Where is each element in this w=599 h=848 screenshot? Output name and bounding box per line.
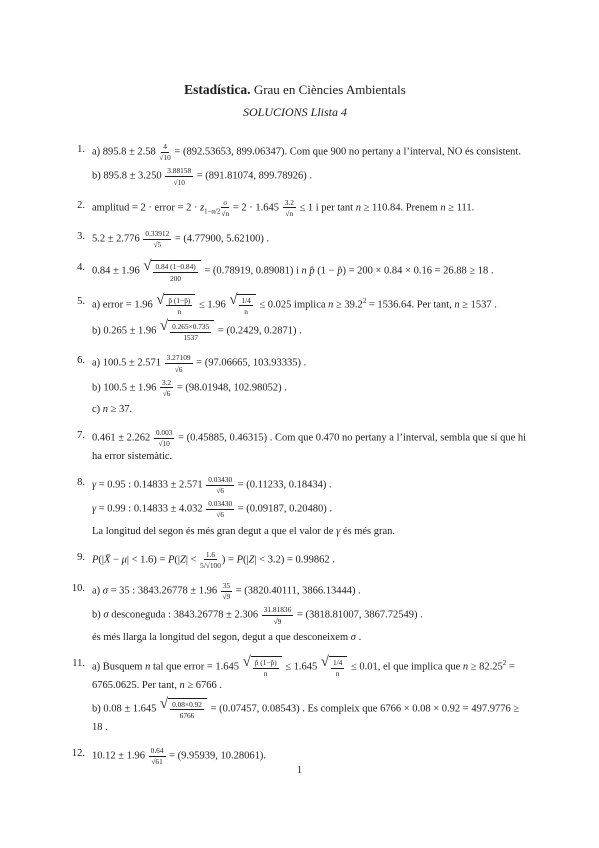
fraction-numerator: 31.81836 <box>262 605 294 616</box>
math-variable: p̂ <box>337 266 342 277</box>
fraction: 0.03430√6 <box>206 475 234 495</box>
item-body: P(|X̄ − μ| < 1.6) = P(|Z| < 1.65/√100) =… <box>92 550 527 570</box>
solutions-list: 1.a) 895.8 ± 2.58 4√10 = (892.53653, 899… <box>63 142 527 767</box>
fraction-denominator: √6 <box>216 510 224 520</box>
list-item: 5.a) error = 1.96 √p̂ (1−p̂)n ≤ 1.96 √1/… <box>63 294 527 343</box>
radical-sign: √ <box>156 293 164 308</box>
fraction-numerator: p̂ (1−p̂) <box>253 658 279 669</box>
radical-sign: √ <box>321 655 329 670</box>
fraction-numerator: 4 <box>161 142 169 153</box>
fraction-numerator: 1.6 <box>204 550 217 561</box>
item-paragraph: γ = 0.99 : 0.14833 ± 4.032 0.03430√6 = (… <box>92 499 527 519</box>
fraction-denominator: 1537 <box>183 333 198 343</box>
fraction-numerator: 0.84 (1−0.84) <box>153 262 197 273</box>
item-number: 10. <box>63 581 85 645</box>
fraction: 3.2√n <box>283 198 296 218</box>
fraction: 3.88158√10 <box>165 166 193 186</box>
item-number: 9. <box>63 550 85 570</box>
document-title: Estadística. Grau en Ciències Ambientals <box>63 82 527 98</box>
radicand: 1/4n <box>237 294 255 316</box>
radicand: 0.84 (1−0.84)200 <box>151 260 200 282</box>
math-variable: n <box>463 662 468 673</box>
fraction-denominator: 6766 <box>180 710 195 720</box>
item-number: 8. <box>63 475 85 539</box>
math-variable: n <box>356 202 361 213</box>
item-paragraph: a) Busquem n tal que error = 1.645 √p̂ (… <box>92 656 527 694</box>
fraction-denominator: √n <box>221 208 229 218</box>
item-number: 6. <box>63 353 85 417</box>
fraction-denominator: n <box>264 669 268 679</box>
item-number: 5. <box>63 294 85 343</box>
item-number: 1. <box>63 142 85 187</box>
fraction: 0.64√61 <box>149 746 166 766</box>
fraction-numerator: 1/4 <box>239 296 252 307</box>
item-paragraph: b) σ desconeguda : 3843.26778 ± 2.306 31… <box>92 605 527 625</box>
fraction-denominator: n <box>244 306 248 316</box>
fraction-numerator: 0.03430 <box>206 499 234 510</box>
fraction: 0.265×0.7351537 <box>170 322 211 342</box>
item-body: 0.84 ± 1.96 √0.84 (1−0.84)200 = (0.78919… <box>92 260 527 282</box>
item-paragraph: b) 0.08 ± 1.645 √0.08×0.926766 = (0.0745… <box>92 698 527 736</box>
list-item: 1.a) 895.8 ± 2.58 4√10 = (892.53653, 899… <box>63 142 527 187</box>
subscript: 1−α/2 <box>204 208 220 215</box>
math-variable: σ <box>103 586 108 597</box>
math-variable: n <box>302 266 307 277</box>
math-variable: p̂ <box>309 266 314 277</box>
fraction: 35√9 <box>221 581 232 601</box>
item-paragraph: a) 100.5 ± 2.571 3.27109√6 = (97.06665, … <box>92 353 527 373</box>
fraction: 0.33912√5 <box>143 229 171 249</box>
fraction-denominator: n <box>178 306 182 316</box>
math-variable: P <box>237 554 243 565</box>
item-paragraph: b) 0.265 ± 1.96 √0.265×0.7351537 = (0.24… <box>92 320 527 342</box>
item-paragraph: és més llarga la longitud del segon, deg… <box>92 630 527 645</box>
item-body: a) 100.5 ± 2.571 3.27109√6 = (97.06665, … <box>92 353 527 417</box>
fraction-denominator: √6 <box>216 486 224 496</box>
superscript: 2 <box>363 298 366 305</box>
item-paragraph: La longitud del segon és més gran degut … <box>92 524 527 539</box>
title-degree: Grau en Ciències Ambientals <box>251 82 406 97</box>
fraction: 1/4n <box>239 296 252 316</box>
item-number: 4. <box>63 260 85 282</box>
math-variable: n <box>103 404 108 415</box>
item-number: 11. <box>63 656 85 735</box>
item-paragraph: a) error = 1.96 √p̂ (1−p̂)n ≤ 1.96 √1/4n… <box>92 294 527 316</box>
list-item: 6.a) 100.5 ± 2.571 3.27109√6 = (97.06665… <box>63 353 527 417</box>
radical-sign: √ <box>160 319 168 334</box>
item-paragraph: b) 895.8 ± 3.250 3.88158√10 = (891.81074… <box>92 166 527 186</box>
item-paragraph: P(|X̄ − μ| < 1.6) = P(|Z| < 1.65/√100) =… <box>92 550 527 570</box>
item-number: 7. <box>63 428 85 464</box>
list-item: 2.amplitud = 2 · error = 2 · z1−α/2σ√n =… <box>63 198 527 218</box>
math-variable: σ <box>103 610 108 621</box>
item-body: a) 895.8 ± 2.58 4√10 = (892.53653, 899.0… <box>92 142 527 187</box>
fraction-numerator: 3.2 <box>283 198 296 209</box>
fraction-numerator: 3.88158 <box>165 166 193 177</box>
sqrt-expression: √1/4n <box>229 294 255 316</box>
fraction: 0.03430√6 <box>206 499 234 519</box>
item-paragraph: a) 895.8 ± 2.58 4√10 = (892.53653, 899.0… <box>92 142 527 162</box>
fraction-denominator: √6 <box>175 364 183 374</box>
radical-sign: √ <box>243 655 251 670</box>
item-paragraph: γ = 0.95 : 0.14833 ± 2.571 0.03430√6 = (… <box>92 475 527 495</box>
document-subtitle: SOLUCIONS Llista 4 <box>63 105 527 120</box>
list-item: 9.P(|X̄ − μ| < 1.6) = P(|Z| < 1.65/√100)… <box>63 550 527 570</box>
item-number: 3. <box>63 229 85 249</box>
fraction-numerator: 1/4 <box>331 658 344 669</box>
fraction-denominator: √10 <box>174 177 185 187</box>
fraction-numerator: 0.64 <box>149 746 166 757</box>
radicand: 0.265×0.7351537 <box>168 320 214 342</box>
radical-sign: √ <box>229 293 237 308</box>
fraction-numerator: 3.2 <box>160 378 173 389</box>
fraction-numerator: 0.33912 <box>143 229 171 240</box>
list-item: 10.a) σ = 35 : 3843.26778 ± 1.96 35√9 = … <box>63 581 527 645</box>
fraction: 0.84 (1−0.84)200 <box>153 262 197 282</box>
list-item: 4.0.84 ± 1.96 √0.84 (1−0.84)200 = (0.789… <box>63 260 527 282</box>
item-paragraph: 0.461 ± 2.262 0.003√10 = (0.45885, 0.463… <box>92 428 527 464</box>
math-variable: σ <box>351 632 356 643</box>
fraction-denominator: √10 <box>158 439 169 449</box>
math-variable: X̄ <box>104 554 110 565</box>
page-number: 1 <box>0 765 599 776</box>
fraction-denominator: √n <box>285 208 293 218</box>
fraction: σ√n <box>221 198 229 218</box>
math-variable: n <box>454 299 459 310</box>
fraction-numerator: 3.27109 <box>165 353 193 364</box>
fraction-numerator: 35 <box>221 581 232 592</box>
fraction-numerator: σ <box>221 198 229 209</box>
item-body: 5.2 ± 2.776 0.33912√5 = (4.77900, 5.6210… <box>92 229 527 249</box>
fraction-numerator: p̂ (1−p̂) <box>166 296 192 307</box>
math-variable: Z <box>180 554 186 565</box>
math-variable: P <box>168 554 174 565</box>
item-paragraph: c) n ≥ 37. <box>92 402 527 417</box>
radicand: p̂ (1−p̂)n <box>251 656 282 678</box>
list-item: 12.10.12 ± 1.96 0.64√61 = (9.95939, 10.2… <box>63 746 527 766</box>
radical-sign: √ <box>143 259 151 274</box>
item-number: 2. <box>63 198 85 218</box>
math-variable: n <box>180 680 185 691</box>
title-course: Estadística. <box>184 82 250 97</box>
fraction-denominator: √5 <box>153 240 161 250</box>
item-body: a) σ = 35 : 3843.26778 ± 1.96 35√9 = (38… <box>92 581 527 645</box>
fraction-denominator: n <box>336 669 340 679</box>
item-body: a) Busquem n tal que error = 1.645 √p̂ (… <box>92 656 527 735</box>
list-item: 7.0.461 ± 2.262 0.003√10 = (0.45885, 0.4… <box>63 428 527 464</box>
math-variable: n <box>440 202 445 213</box>
sqrt-expression: √0.265×0.7351537 <box>160 320 214 342</box>
superscript: 2 <box>503 660 506 667</box>
list-item: 8.γ = 0.95 : 0.14833 ± 2.571 0.03430√6 =… <box>63 475 527 539</box>
radical-sign: √ <box>160 697 168 712</box>
math-variable: μ <box>122 554 127 565</box>
sqrt-expression: √0.08×0.926766 <box>160 698 207 720</box>
fraction-denominator: √10 <box>159 153 170 163</box>
fraction: 1/4n <box>331 658 344 678</box>
item-body: γ = 0.95 : 0.14833 ± 2.571 0.03430√6 = (… <box>92 475 527 539</box>
item-paragraph: 10.12 ± 1.96 0.64√61 = (9.95939, 10.2806… <box>92 746 527 766</box>
fraction: p̂ (1−p̂)n <box>253 658 279 678</box>
radicand: 1/4n <box>329 656 347 678</box>
sqrt-expression: √p̂ (1−p̂)n <box>243 656 282 678</box>
fraction: p̂ (1−p̂)n <box>166 296 192 316</box>
item-paragraph: 5.2 ± 2.776 0.33912√5 = (4.77900, 5.6210… <box>92 229 527 249</box>
list-item: 11.a) Busquem n tal que error = 1.645 √p… <box>63 656 527 735</box>
radicand: 0.08×0.926766 <box>168 698 207 720</box>
item-body: 10.12 ± 1.96 0.64√61 = (9.95939, 10.2806… <box>92 746 527 766</box>
sqrt-expression: √p̂ (1−p̂)n <box>156 294 195 316</box>
item-body: 0.461 ± 2.262 0.003√10 = (0.45885, 0.463… <box>92 428 527 464</box>
math-variable: n <box>145 662 150 673</box>
fraction: 0.003√10 <box>154 428 175 448</box>
math-variable: P <box>92 554 98 565</box>
item-paragraph: b) 100.5 ± 1.96 3.2√6 = (98.01948, 102.9… <box>92 378 527 398</box>
fraction: 31.81836√9 <box>262 605 294 625</box>
math-variable: γ <box>92 479 96 490</box>
list-item: 3.5.2 ± 2.776 0.33912√5 = (4.77900, 5.62… <box>63 229 527 249</box>
math-variable: γ <box>336 526 340 537</box>
math-variable: n <box>328 299 333 310</box>
fraction: 0.08×0.926766 <box>170 700 204 720</box>
fraction-denominator: 5/√100 <box>200 560 221 570</box>
sqrt-expression: √0.84 (1−0.84)200 <box>143 260 200 282</box>
item-paragraph: amplitud = 2 · error = 2 · z1−α/2σ√n = 2… <box>92 198 527 218</box>
fraction-denominator: √6 <box>163 388 171 398</box>
math-variable: Z <box>249 554 255 565</box>
item-number: 12. <box>63 746 85 766</box>
fraction-denominator: √9 <box>274 616 282 626</box>
fraction: 3.2√6 <box>160 378 173 398</box>
fraction-numerator: 0.265×0.735 <box>170 322 211 333</box>
fraction-numerator: 0.003 <box>154 428 175 439</box>
fraction: 4√10 <box>159 142 170 162</box>
math-variable: γ <box>92 504 96 515</box>
fraction-denominator: √9 <box>223 592 231 602</box>
fraction-denominator: 200 <box>170 273 181 283</box>
fraction: 3.27109√6 <box>165 353 193 373</box>
item-paragraph: a) σ = 35 : 3843.26778 ± 1.96 35√9 = (38… <box>92 581 527 601</box>
radicand: p̂ (1−p̂)n <box>164 294 195 316</box>
item-paragraph: 0.84 ± 1.96 √0.84 (1−0.84)200 = (0.78919… <box>92 260 527 282</box>
document-page: Estadística. Grau en Ciències Ambientals… <box>0 0 599 848</box>
sqrt-expression: √1/4n <box>321 656 347 678</box>
fraction: 1.65/√100 <box>200 550 221 570</box>
fraction-numerator: 0.03430 <box>206 475 234 486</box>
item-body: amplitud = 2 · error = 2 · z1−α/2σ√n = 2… <box>92 198 527 218</box>
item-body: a) error = 1.96 √p̂ (1−p̂)n ≤ 1.96 √1/4n… <box>92 294 527 343</box>
fraction-numerator: 0.08×0.92 <box>170 700 204 711</box>
